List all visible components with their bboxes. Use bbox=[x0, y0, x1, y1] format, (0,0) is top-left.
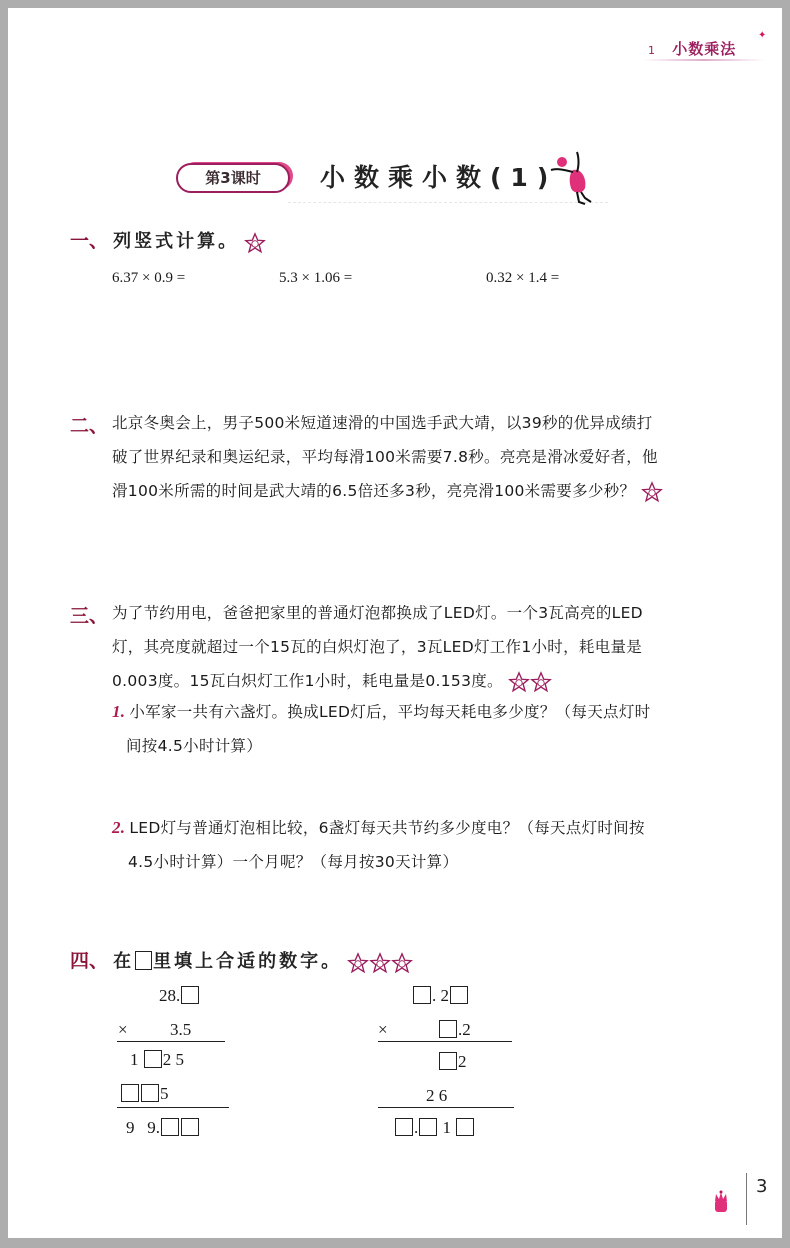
text-line: 破了世界纪录和奥运纪录，平均每滑100米需要7.8秒。亮亮是滑冰爱好者，他 bbox=[112, 440, 663, 474]
lesson-tag: 第3课时 bbox=[176, 163, 290, 193]
blank-box[interactable] bbox=[419, 1118, 437, 1136]
section-4-heading: 四、 在里填上合适的数字。 bbox=[70, 946, 413, 974]
blank-box[interactable] bbox=[141, 1084, 159, 1102]
sub-question-1: 1.小军家一共有六盏灯。换成LED灯后，平均每天耗电多少度？（每天点灯时 间按4… bbox=[112, 695, 650, 763]
header-underline bbox=[643, 59, 765, 61]
blank-box[interactable] bbox=[161, 1118, 179, 1136]
difficulty-star-icon bbox=[508, 671, 530, 693]
sub-question-number: 1. bbox=[112, 702, 125, 721]
blank-box[interactable] bbox=[144, 1050, 162, 1068]
crown-icon bbox=[713, 1190, 729, 1214]
footer-divider bbox=[746, 1173, 747, 1225]
difficulty-star-icon bbox=[530, 671, 552, 693]
text-line: 为了节约用电，爸爸把家里的普通灯泡都换成了LED灯。一个3瓦高亮的LED bbox=[112, 596, 643, 630]
equation-2: 5.3 × 1.06 = bbox=[279, 270, 352, 287]
calc-rule bbox=[378, 1041, 512, 1042]
blank-box bbox=[135, 951, 152, 970]
sub-question-number: 2. bbox=[112, 818, 125, 837]
sparkle-icon: ✦ bbox=[758, 30, 766, 41]
vertical-calc-right: . 2 × .2 2 2 6 . 1 bbox=[368, 983, 528, 1143]
chapter-number: 1 bbox=[648, 44, 656, 57]
section-title: 列竖式计算。 bbox=[113, 231, 239, 252]
calc-rule bbox=[117, 1041, 225, 1042]
section-number: 一、 bbox=[70, 230, 108, 252]
blank-box[interactable] bbox=[439, 1020, 457, 1038]
equation-3: 0.32 × 1.4 = bbox=[486, 270, 559, 287]
page-title: 小数乘小数(1) bbox=[320, 158, 557, 194]
section-number: 四、 bbox=[70, 950, 108, 972]
blank-box[interactable] bbox=[181, 986, 199, 1004]
page-number: 3 bbox=[756, 1176, 767, 1197]
workbook-page: 1 小数乘法 ✦ 第3课时 小数乘小数(1) 一、 列竖式计算。 6.37 × … bbox=[8, 8, 782, 1238]
blank-box[interactable] bbox=[395, 1118, 413, 1136]
text-line: 滑100米所需的时间是武大靖的6.5倍还多3秒，亮亮滑100米需要多少秒？ bbox=[112, 474, 663, 508]
blank-box[interactable] bbox=[121, 1084, 139, 1102]
calc-rule bbox=[117, 1107, 229, 1108]
equation-1: 6.37 × 0.9 = bbox=[112, 270, 185, 287]
section-3-number: 三、 bbox=[70, 601, 108, 628]
difficulty-star-icon bbox=[244, 232, 266, 254]
difficulty-star-icon bbox=[641, 481, 663, 503]
chapter-header: 1 小数乘法 bbox=[648, 38, 736, 59]
calc-rule bbox=[378, 1107, 514, 1108]
blank-box[interactable] bbox=[456, 1118, 474, 1136]
difficulty-star-icon bbox=[391, 952, 413, 974]
text-line: 北京冬奥会上，男子500米短道速滑的中国选手武大靖，以39秒的优异成绩打 bbox=[112, 406, 663, 440]
vertical-calc-left: 28. × 3.5 1 2 5 5 9 9. bbox=[108, 983, 248, 1143]
difficulty-star-icon bbox=[347, 952, 369, 974]
chapter-title: 小数乘法 bbox=[672, 40, 736, 58]
section-2-text: 北京冬奥会上，男子500米短道速滑的中国选手武大靖，以39秒的优异成绩打 破了世… bbox=[112, 406, 663, 508]
skater-icon bbox=[543, 148, 603, 208]
section-2-number: 二、 bbox=[70, 411, 108, 438]
difficulty-star-icon bbox=[369, 952, 391, 974]
section-3-text: 为了节约用电，爸爸把家里的普通灯泡都换成了LED灯。一个3瓦高亮的LED 灯，其… bbox=[112, 596, 643, 698]
blank-box[interactable] bbox=[181, 1118, 199, 1136]
blank-box[interactable] bbox=[413, 986, 431, 1004]
blank-box[interactable] bbox=[450, 986, 468, 1004]
text-line: 灯，其亮度就超过一个15瓦的白炽灯泡了，3瓦LED灯工作1小时，耗电量是 bbox=[112, 630, 643, 664]
text-line: 0.003度。15瓦白炽灯工作1小时，耗电量是0.153度。 bbox=[112, 664, 643, 698]
sub-question-2: 2.LED灯与普通灯泡相比较，6盏灯每天共节约多少度电？（每天点灯时间按 4.5… bbox=[112, 811, 645, 879]
section-1-heading: 一、 列竖式计算。 bbox=[70, 226, 266, 254]
blank-box[interactable] bbox=[439, 1052, 457, 1070]
